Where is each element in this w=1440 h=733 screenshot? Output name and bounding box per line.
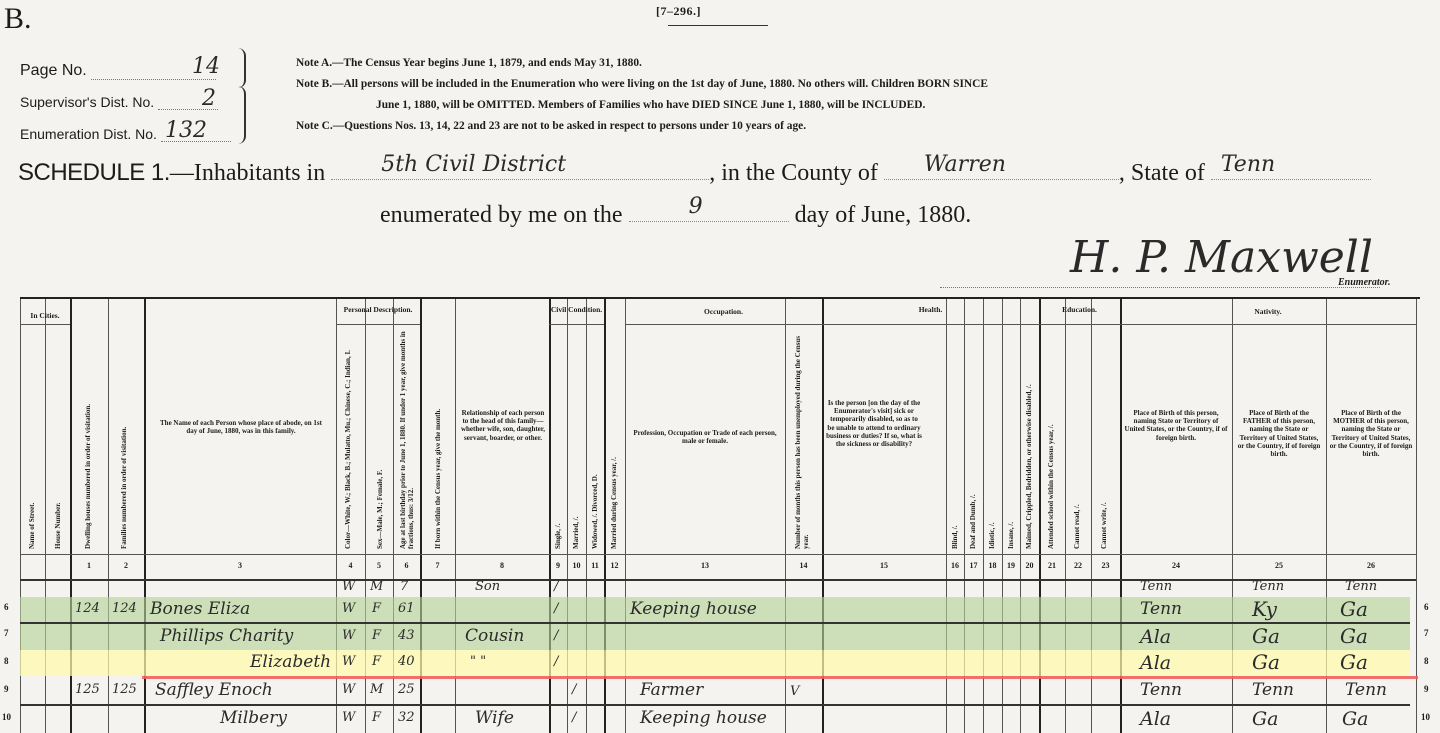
inhabitants-label: —Inhabitants in xyxy=(170,160,325,186)
column-number: 18 xyxy=(983,561,1002,570)
column-number: 26 xyxy=(1326,561,1416,570)
brace-bottom xyxy=(236,86,246,144)
header-unemployed: Number of months this person has been un… xyxy=(794,329,812,549)
column-number: 19 xyxy=(1002,561,1020,570)
line-number: 9 xyxy=(1424,684,1429,694)
column-number: 10 xyxy=(567,561,586,570)
header-insane: Insane, /. xyxy=(1007,499,1015,549)
header-relationship: Relationship of each person to the head … xyxy=(460,409,546,442)
table-row[interactable]: Elizabeth W F 40 " " / Ala Ga Ga xyxy=(20,650,1410,676)
enumerator-signature: H. P. Maxwell xyxy=(1070,232,1373,283)
header-cannot-read: Cannot read, /. xyxy=(1073,474,1081,549)
column-number: 6 xyxy=(393,561,420,570)
column-number: 16 xyxy=(946,561,964,570)
form-code: [7–296.] xyxy=(656,4,701,19)
supervisor-district-field: Supervisor's Dist. No. 2 xyxy=(20,94,218,110)
enumerated-label: enumerated by me on the xyxy=(380,202,623,228)
schedule-heading: SCHEDULE 1.—Inhabitants in 5th Civil Dis… xyxy=(18,158,1371,187)
column-number: 4 xyxy=(336,561,365,570)
header-single: Single, /. xyxy=(554,499,562,549)
line-number: 6 xyxy=(1424,602,1429,612)
header-married-year: Married during Census year, /. xyxy=(610,409,618,549)
header-color: Color—White, W.; Black, B.; Mulatto, Mu.… xyxy=(344,329,362,549)
census-table: In Cities. Personal Description. Civil C… xyxy=(20,299,1420,733)
header-profession: Profession, Occupation or Trade of each … xyxy=(632,429,778,445)
column-number: 21 xyxy=(1039,561,1065,570)
column-number: 23 xyxy=(1091,561,1120,570)
signature-line xyxy=(940,287,1380,288)
header-born-month: If born within the Census year, give the… xyxy=(434,359,442,549)
group-civil: Civil Condition. xyxy=(549,305,604,314)
column-number: 5 xyxy=(365,561,393,570)
header-idiotic: Idiotic, /. xyxy=(988,499,996,549)
header-widowed: Widowed, /. Divorced, D. xyxy=(591,439,599,549)
header-sex: Sex—Male, M.; Female, F. xyxy=(376,429,384,549)
day-value: 9 xyxy=(689,194,703,219)
county-value: Warren xyxy=(924,152,1006,177)
county-label: , in the County of xyxy=(709,160,878,186)
group-occupation: Occupation. xyxy=(625,307,822,316)
group-personal: Personal Description. xyxy=(338,305,418,314)
line-number: 6 xyxy=(4,602,9,612)
supervisor-district-value: 2 xyxy=(202,86,216,111)
header-cannot-write: Cannot write, /. xyxy=(1100,474,1108,549)
group-in-cities: In Cities. xyxy=(20,311,70,320)
header-birth-self: Place of Birth of this person, naming St… xyxy=(1124,409,1228,442)
brace-top xyxy=(236,48,246,88)
column-number: 24 xyxy=(1120,561,1232,570)
enumeration-date-line: enumerated by me on the 9 day of June, 1… xyxy=(380,200,971,229)
form-code-rule xyxy=(668,25,768,26)
line-number: 10 xyxy=(1421,712,1430,722)
header-families: Families numbered in order of visitation… xyxy=(120,369,128,549)
district-value: 5th Civil District xyxy=(381,152,566,177)
column-number: 14 xyxy=(785,561,822,570)
header-deaf: Deaf and Dumb, /. xyxy=(969,464,977,549)
page-number-field: Page No. 14 xyxy=(20,62,216,80)
line-number: 8 xyxy=(1424,656,1429,666)
state-value: Tenn xyxy=(1221,152,1275,177)
column-number: 1 xyxy=(70,561,108,570)
day-suffix: day of June, 1880. xyxy=(795,202,972,228)
column-number: 3 xyxy=(144,561,336,570)
enumerator-label: Enumerator. xyxy=(1338,277,1391,288)
column-number: 25 xyxy=(1232,561,1326,570)
table-row[interactable]: 125 125 Saffley Enoch W M 25 / Farmer V … xyxy=(20,678,1410,704)
form-letter: B. xyxy=(4,2,32,36)
highlight-underline xyxy=(142,676,1418,679)
column-number: 2 xyxy=(108,561,144,570)
note-b-line2: June 1, 1880, will be OMITTED. Members o… xyxy=(296,95,1396,116)
line-number: 7 xyxy=(4,628,9,638)
column-number: 8 xyxy=(455,561,549,570)
census-notes: Note A.—The Census Year begins June 1, 1… xyxy=(296,53,1396,137)
header-age: Age at last birthday prior to June 1, 18… xyxy=(399,329,417,549)
header-birth-father: Place of Birth of the FATHER of this per… xyxy=(1236,409,1322,458)
table-row[interactable]: Phillips Charity W F 43 Cousin / Ala Ga … xyxy=(20,624,1410,650)
column-number: 22 xyxy=(1065,561,1091,570)
table-row[interactable]: W M 7 Son / Tenn Tenn Tenn xyxy=(20,581,1410,597)
header-house: House Number. xyxy=(54,479,62,549)
note-a: Note A.—The Census Year begins June 1, 1… xyxy=(296,53,1396,74)
column-number: 15 xyxy=(822,561,946,570)
state-fill: Tenn xyxy=(1211,158,1371,180)
table-row[interactable]: 124 124 Bones Eliza W F 61 / Keeping hou… xyxy=(20,597,1410,623)
column-number: 13 xyxy=(625,561,785,570)
enumeration-district-value: 132 xyxy=(165,118,207,143)
column-number: 12 xyxy=(604,561,625,570)
county-fill: Warren xyxy=(884,158,1119,180)
enumeration-district-label: Enumeration Dist. No. xyxy=(20,126,157,142)
note-c: Note C.—Questions Nos. 13, 14, 22 and 23… xyxy=(296,116,1396,137)
header-married: Married, /. xyxy=(572,494,580,549)
header-blind: Blind, /. xyxy=(951,499,959,549)
page-number-value: 14 xyxy=(192,54,220,79)
header-maimed: Maimed, Crippled, Bedridden, or otherwis… xyxy=(1025,329,1033,549)
page-number-label: Page No. xyxy=(20,62,87,80)
line-number: 9 xyxy=(4,684,9,694)
column-number: 9 xyxy=(549,561,567,570)
header-name: The Name of each Person whose place of a… xyxy=(160,419,322,435)
table-row[interactable]: Milbery W F 32 Wife / Keeping house Ala … xyxy=(20,706,1410,732)
column-number: 17 xyxy=(964,561,983,570)
district-fill: 5th Civil District xyxy=(331,158,709,180)
day-fill: 9 xyxy=(629,200,789,222)
header-sick: Is the person [on the day of the Enumera… xyxy=(826,399,922,448)
column-number: 11 xyxy=(586,561,604,570)
supervisor-district-label: Supervisor's Dist. No. xyxy=(20,94,154,110)
header-street: Name of Street. xyxy=(28,479,36,549)
enumeration-district-field: Enumeration Dist. No. 132 xyxy=(20,126,231,142)
line-number: 10 xyxy=(2,712,11,722)
state-label: , State of xyxy=(1119,160,1205,186)
column-number: 7 xyxy=(420,561,455,570)
column-number: 20 xyxy=(1020,561,1039,570)
line-number: 7 xyxy=(1424,628,1429,638)
group-health: Health. xyxy=(822,305,1039,314)
note-b-line1: Note B.—All persons will be included in … xyxy=(296,74,1396,95)
schedule-title: SCHEDULE 1. xyxy=(18,159,170,186)
header-dwelling: Dwelling houses numbered in order of vis… xyxy=(84,359,92,549)
header-school: Attended school within the Census year, … xyxy=(1047,369,1055,549)
header-birth-mother: Place of Birth of the MOTHER of this per… xyxy=(1329,409,1413,458)
group-education: Education. xyxy=(1039,305,1120,314)
group-nativity: Nativity. xyxy=(1120,307,1416,316)
line-number: 8 xyxy=(4,656,9,666)
